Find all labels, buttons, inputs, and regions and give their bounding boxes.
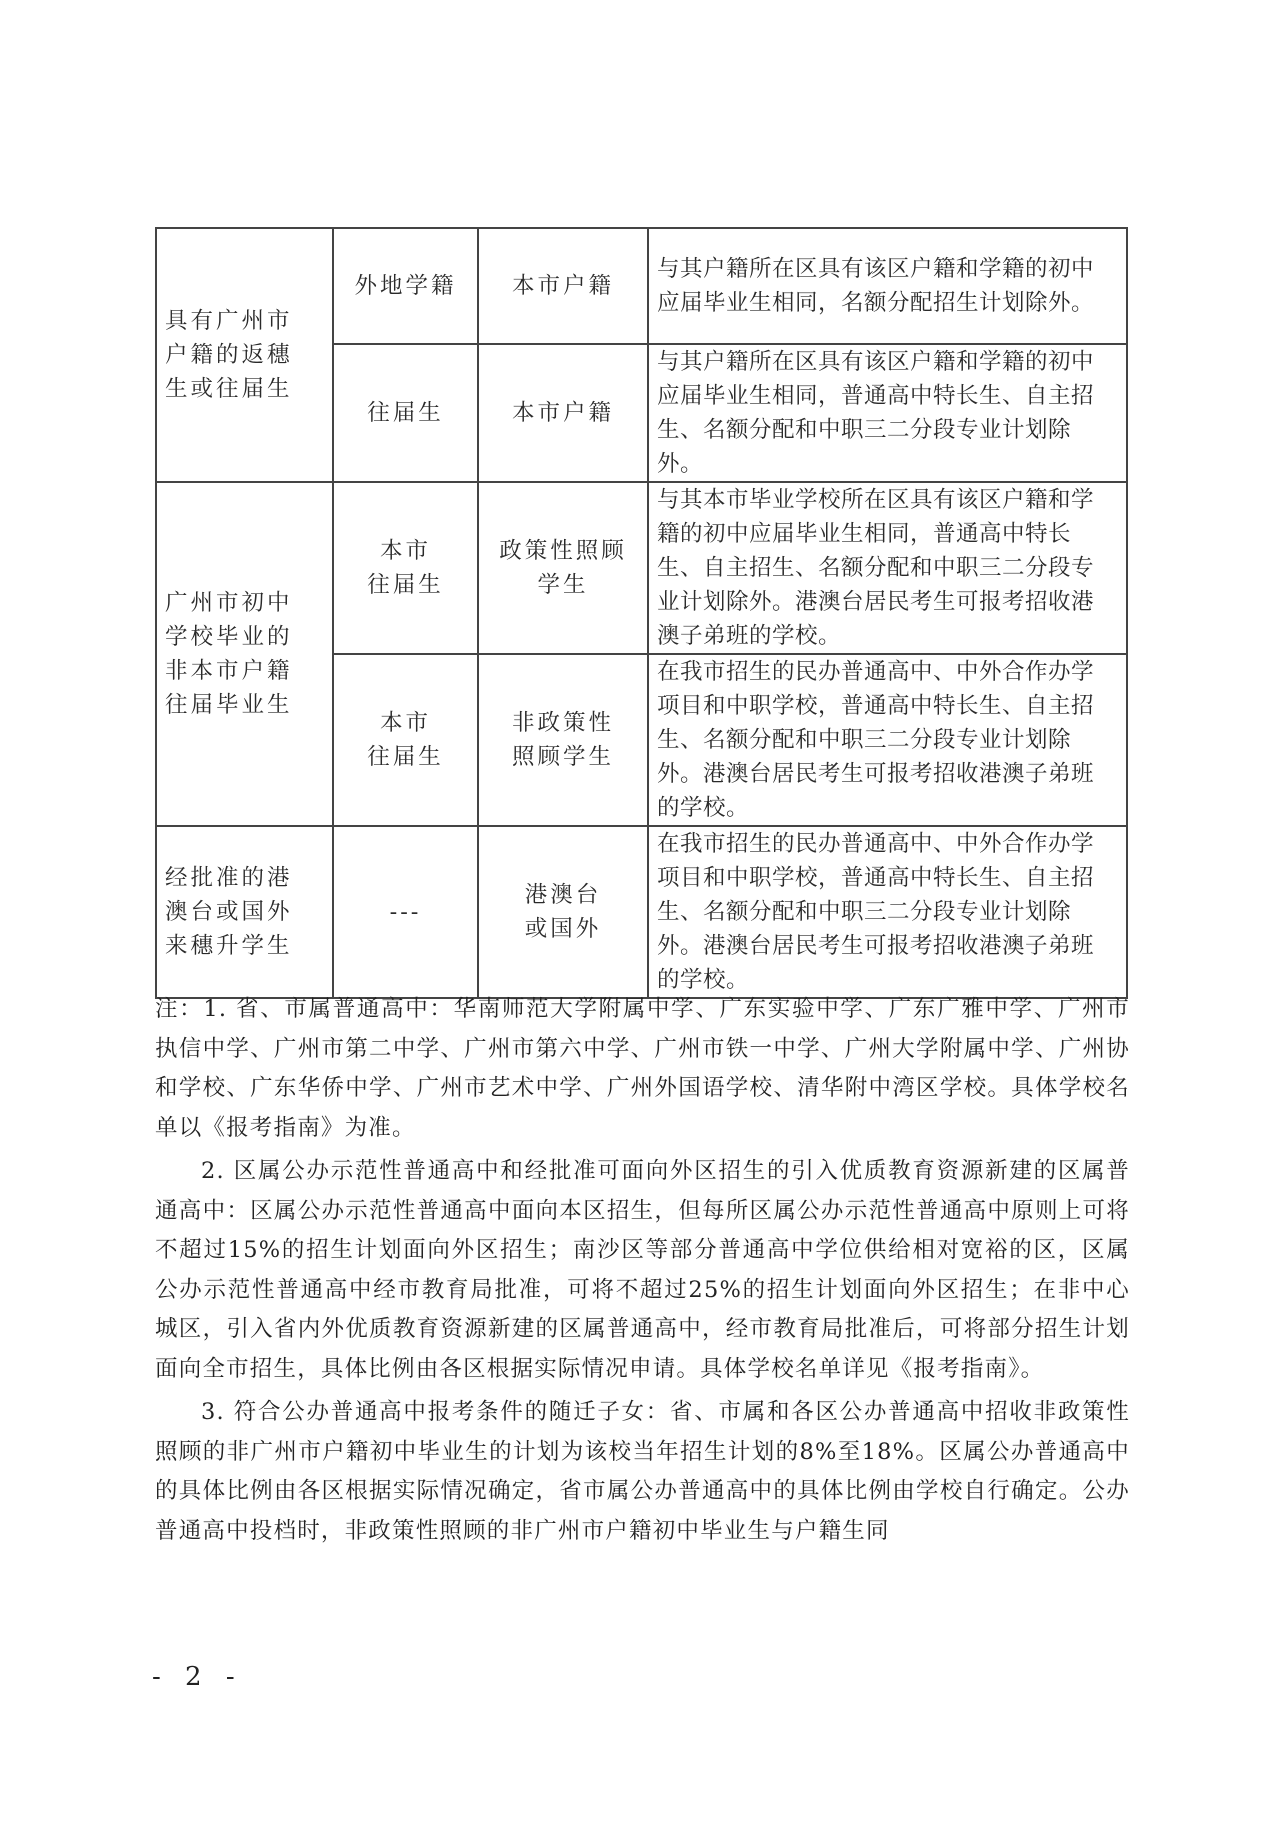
category-label: 本市户籍	[479, 269, 647, 303]
document-page: 具有广州市 户籍的返穗 生或往届生 外地学籍 本市户籍 与其户籍所在区具有该区户…	[0, 0, 1288, 1822]
group-cell: 广州市初中 学校毕业的 非本市户籍 往届毕业生	[156, 482, 333, 826]
category-label: 港澳台	[479, 878, 647, 912]
group-label-line: 户籍的返穗	[165, 338, 315, 372]
status-cell: 本市 往届生	[333, 482, 478, 654]
group-cell: 经批准的港 澳台或国外 来穗升学生	[156, 826, 333, 998]
table-row: 广州市初中 学校毕业的 非本市户籍 往届毕业生 本市 往届生 政策性照顾 学生 …	[156, 482, 1127, 654]
status-cell: 外地学籍	[333, 228, 478, 344]
note-1: 注：1. 省、市属普通高中：华南师范大学附属中学、广东实验中学、广东广雅中学、广…	[155, 990, 1130, 1148]
category-cell: 非政策性 照顾学生	[478, 654, 648, 826]
status-label: 本市	[334, 706, 477, 740]
note-3: 3. 符合公办普通高中报考条件的随迁子女：省、市属和各区公办普通高中招收非政策性…	[155, 1393, 1130, 1551]
status-label: 往届生	[334, 396, 477, 430]
status-cell: 往届生	[333, 344, 478, 482]
group-label-line: 来穗升学生	[165, 929, 315, 963]
policy-cell: 与其户籍所在区具有该区户籍和学籍的初中应届毕业生相同，名额分配招生计划除外。	[648, 228, 1127, 344]
policy-cell: 与其本市毕业学校所在区具有该区户籍和学籍的初中应届毕业生相同，普通高中特长生、自…	[648, 482, 1127, 654]
group-label-line: 澳台或国外	[165, 895, 315, 929]
enrollment-policy-table: 具有广州市 户籍的返穗 生或往届生 外地学籍 本市户籍 与其户籍所在区具有该区户…	[155, 227, 1128, 999]
notes-section: 注：1. 省、市属普通高中：华南师范大学附属中学、广东实验中学、广东广雅中学、广…	[155, 990, 1130, 1551]
group-label-line: 经批准的港	[165, 861, 315, 895]
category-label: 本市户籍	[479, 396, 647, 430]
category-label: 学生	[479, 568, 647, 602]
policy-cell: 在我市招生的民办普通高中、中外合作办学项目和中职学校，普通高中特长生、自主招生、…	[648, 826, 1127, 998]
category-cell: 政策性照顾 学生	[478, 482, 648, 654]
group-label-line: 往届毕业生	[165, 688, 315, 722]
table-row: 具有广州市 户籍的返穗 生或往届生 外地学籍 本市户籍 与其户籍所在区具有该区户…	[156, 228, 1127, 344]
category-label: 或国外	[479, 912, 647, 946]
table-row: 经批准的港 澳台或国外 来穗升学生 --- 港澳台 或国外 在我市招生的民办普通…	[156, 826, 1127, 998]
category-label: 政策性照顾	[479, 534, 647, 568]
status-label: 外地学籍	[334, 269, 477, 303]
policy-cell: 在我市招生的民办普通高中、中外合作办学项目和中职学校，普通高中特长生、自主招生、…	[648, 654, 1127, 826]
category-label: 非政策性	[479, 706, 647, 740]
page-number: - 2 -	[152, 1662, 243, 1692]
policy-cell: 与其户籍所在区具有该区户籍和学籍的初中应届毕业生相同，普通高中特长生、自主招生、…	[648, 344, 1127, 482]
group-label-line: 广州市初中	[165, 586, 315, 620]
category-label: 照顾学生	[479, 740, 647, 774]
status-cell: 本市 往届生	[333, 654, 478, 826]
category-cell: 本市户籍	[478, 228, 648, 344]
group-label-line: 非本市户籍	[165, 654, 315, 688]
note-2: 2. 区属公办示范性普通高中和经批准可面向外区招生的引入优质教育资源新建的区属普…	[155, 1152, 1130, 1389]
status-label: ---	[334, 895, 477, 929]
status-label: 本市	[334, 534, 477, 568]
group-label-line: 生或往届生	[165, 372, 315, 406]
status-label: 往届生	[334, 568, 477, 602]
status-cell: ---	[333, 826, 478, 998]
category-cell: 本市户籍	[478, 344, 648, 482]
status-label: 往届生	[334, 740, 477, 774]
category-cell: 港澳台 或国外	[478, 826, 648, 998]
group-label-line: 具有广州市	[165, 304, 315, 338]
group-cell: 具有广州市 户籍的返穗 生或往届生	[156, 228, 333, 482]
group-label-line: 学校毕业的	[165, 620, 315, 654]
